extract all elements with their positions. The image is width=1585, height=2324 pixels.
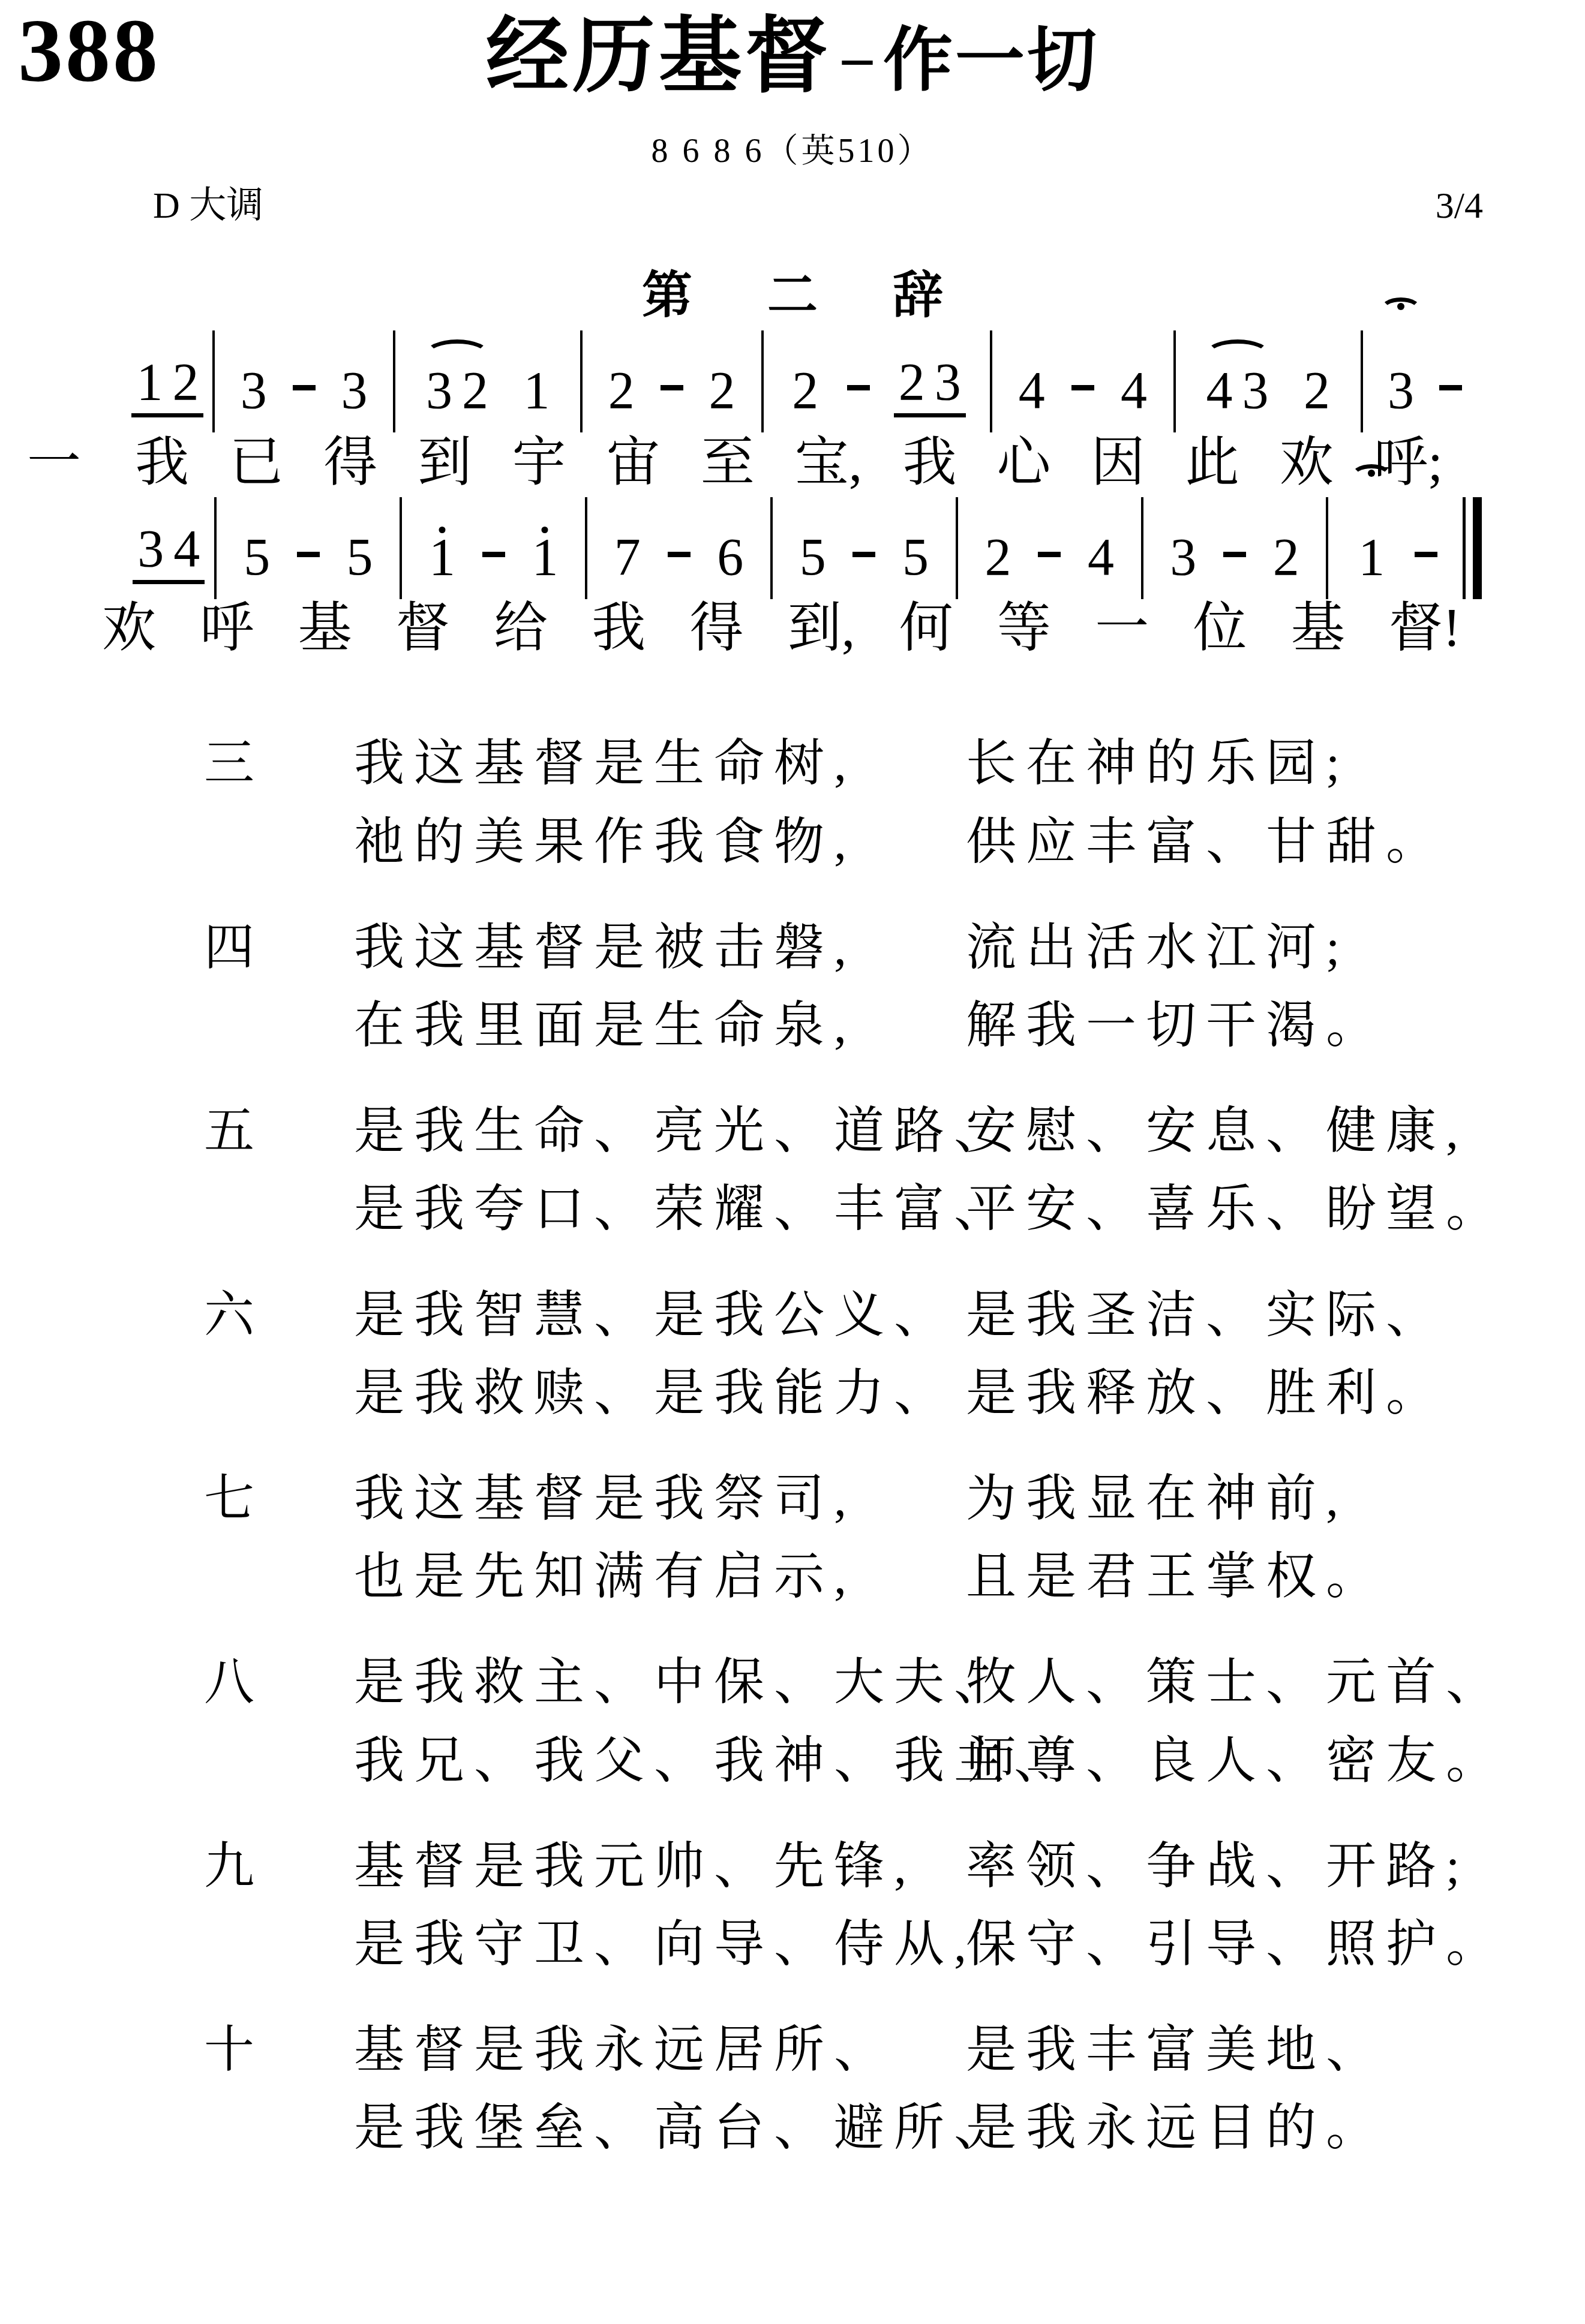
verse-number: 九	[204, 1828, 354, 1906]
verse-line: 我这基督是生命树,	[354, 725, 966, 803]
lyric-syllable: 欢	[102, 597, 156, 660]
lyric-syllable: 因	[1091, 432, 1145, 494]
note-dash	[661, 385, 683, 390]
verse-line: 是我圣洁、实际、	[966, 1277, 1549, 1355]
lyric-line-1: 一我已得到宇宙至宝,我心因此欢呼;	[135, 432, 1443, 494]
jianpu-note: 2	[457, 365, 493, 417]
verse-line: 供应丰富、甘甜。	[966, 804, 1549, 882]
measure: 22	[583, 365, 761, 417]
lyric-line-2: 欢呼基督给我得到,何等一位基督!	[102, 597, 1461, 660]
measure: 55	[773, 531, 956, 584]
jianpu-note: 2	[704, 365, 740, 417]
note-dash	[482, 552, 505, 557]
hymn-number: 388	[18, 6, 160, 96]
lyric-syllable: 得	[690, 597, 744, 660]
verse-line: 保守、引导、照护。	[966, 1906, 1549, 1984]
jianpu-note: 3	[236, 365, 272, 417]
jianpu-note: 2	[980, 531, 1016, 584]
verse-line: 牧人、策士、元首、	[966, 1644, 1549, 1722]
verse-number: 三	[204, 725, 354, 803]
lyric-syllable: 基	[1291, 597, 1345, 660]
title-row: 经历基督–作一切	[0, 0, 1585, 100]
lyric-syllable: 给	[494, 597, 548, 660]
jianpu-note: 3	[133, 523, 169, 576]
verse-line: 是我夸口、荣耀、丰富、	[354, 1171, 966, 1249]
verse-number: 七	[204, 1460, 354, 1538]
lyric-syllable: 一	[1095, 597, 1149, 660]
lyric-syllable: 等	[997, 597, 1051, 660]
verse-block: 七我这基督是我祭司,为我显在神前,也是先知满有启示,且是君王掌权。	[204, 1460, 1549, 1616]
measure: 32	[1143, 531, 1326, 584]
jianpu-note: 1	[1353, 531, 1389, 584]
time-signature: 3/4	[1436, 182, 1483, 230]
verse-line: 是我救赎、是我能力、	[354, 1355, 966, 1433]
measure: 24	[958, 531, 1141, 584]
title-dash: –	[842, 23, 872, 90]
lyric-syllable: 督	[396, 597, 450, 660]
hymn-subtitle: 作一切	[883, 23, 1099, 100]
jianpu-note: 2	[167, 356, 203, 409]
jianpu-note: 5	[239, 531, 275, 584]
verse-line: 为我显在神前,	[966, 1460, 1549, 1538]
verse-line: 安慰、安息、健康,	[966, 1093, 1549, 1171]
jianpu-note: 2	[1268, 531, 1304, 584]
jianpu-note: 3	[1383, 365, 1419, 417]
measure: 44	[992, 365, 1174, 417]
jianpu-note: 7	[610, 531, 646, 584]
measure: 223	[764, 356, 990, 417]
lyric-syllable: 得	[323, 432, 377, 494]
jianpu-note: 2	[604, 365, 640, 417]
verse-line: 祂的美果作我食物,	[354, 804, 966, 882]
note-dash	[1439, 385, 1462, 390]
verse-line: 基督是我永远居所、	[354, 2012, 966, 2090]
verse-line: 我这基督是被击磐,	[354, 909, 966, 987]
jianpu-note: 4	[1083, 531, 1119, 584]
jianpu-note: 4	[1202, 365, 1238, 417]
hymn-title: 经历基督	[486, 10, 831, 102]
note-dash	[1071, 385, 1094, 390]
lyric-syllable: 我	[135, 432, 189, 494]
verse-block: 三我这基督是生命树,长在神的乐园;祂的美果作我食物,供应丰富、甘甜。	[204, 725, 1549, 881]
verse-line: 是我丰富美地、	[966, 2012, 1549, 2090]
fermata-icon	[1350, 464, 1392, 489]
final-barline	[1463, 497, 1482, 599]
lyric-syllable: 到	[418, 432, 472, 494]
meter-line: 8 6 8 6（英510）	[0, 124, 1585, 172]
note-dash	[852, 552, 875, 557]
measure: 321	[395, 365, 580, 417]
verse-block: 九基督是我元帅、先锋,率领、争战、开路;是我守卫、向导、侍从,保守、引导、照护。	[204, 1828, 1549, 1984]
jianpu-note: 3	[336, 365, 372, 417]
verse-line: 长在神的乐园;	[966, 725, 1549, 803]
verse-line: 解我一切干渴。	[966, 987, 1549, 1065]
verse-line: 也是先知满有启示,	[354, 1538, 966, 1616]
verse-block: 六是我智慧、是我公义、是我圣洁、实际、是我救赎、是我能力、是我释放、胜利。	[204, 1277, 1549, 1433]
lyric-syllable: 心	[996, 432, 1050, 494]
jianpu-note: 4	[1014, 365, 1050, 417]
verse-number: 十	[204, 2012, 354, 2090]
note-dash	[847, 385, 870, 390]
verse-line: 是我生命、亮光、道路、	[354, 1093, 966, 1171]
beam-group: 23	[894, 356, 966, 417]
beam-group: 12	[131, 356, 203, 417]
jianpu-note: 1	[518, 365, 554, 417]
fermata-icon	[1380, 297, 1422, 323]
lyric-syllable: 欢	[1280, 432, 1334, 494]
note-dash	[1415, 552, 1437, 557]
verse-block: 十基督是我永远居所、是我丰富美地、是我堡垒、高台、避所、是我永远目的。	[204, 2012, 1549, 2167]
jianpu-note: 3	[1238, 365, 1274, 417]
verse-line: 是我释放、胜利。	[966, 1355, 1549, 1433]
key-time-row: D 大调 3/4	[0, 182, 1585, 230]
jianpu-note: 1	[424, 531, 460, 584]
jianpu-note: 3	[421, 365, 457, 417]
verse-block: 四我这基督是被击磐,流出活水江河;在我里面是生命泉,解我一切干渴。	[204, 909, 1549, 1065]
measure: 12	[123, 356, 212, 417]
verse-number: 五	[204, 1093, 354, 1171]
lyric-syllable: 基	[298, 597, 352, 660]
note-dash	[668, 552, 691, 557]
beam-group: 34	[133, 523, 205, 584]
verse-block: 五是我生命、亮光、道路、安慰、安息、健康,是我夸口、荣耀、丰富、平安、喜乐、盼望…	[204, 1093, 1549, 1249]
note-dash	[293, 385, 316, 390]
verse-line: 基督是我元帅、先锋,	[354, 1828, 966, 1906]
stanza-heading: 第 二 辞	[0, 264, 1585, 327]
verse-line: 是我救主、中保、大夫、	[354, 1644, 966, 1722]
verse-block: 八是我救主、中保、大夫、牧人、策士、元首、我兄、我父、我神、我主、师尊、良人、密…	[204, 1644, 1549, 1800]
note-dash	[1038, 552, 1061, 557]
measure: 432	[1176, 365, 1361, 417]
lyric-syllable: 督!	[1389, 597, 1461, 660]
jianpu-note: 1	[527, 531, 563, 584]
jianpu-note: 5	[795, 531, 831, 584]
jianpu-note: 5	[342, 531, 378, 584]
key-signature: D 大调	[153, 182, 263, 230]
lyric-syllable: 宇	[512, 432, 566, 494]
verse-line: 流出活水江河;	[966, 909, 1549, 987]
lyric-syllable: 此	[1185, 432, 1239, 494]
jianpu-note: 5	[897, 531, 933, 584]
hymn-page: 388 经历基督–作一切 8 6 8 6（英510） D 大调 3/4 第 二 …	[0, 0, 1585, 2324]
lyric-syllable: 我	[592, 597, 646, 660]
verse-line: 我这基督是我祭司,	[354, 1460, 966, 1538]
measure: 33	[215, 365, 394, 417]
lyric-syllable: 宝,	[795, 432, 863, 494]
measure: 1	[1328, 531, 1463, 584]
verse-one-marker: 一	[27, 432, 81, 494]
lyric-syllable: 何	[899, 597, 953, 660]
verse-number: 四	[204, 909, 354, 987]
jianpu-note: 2	[894, 356, 930, 409]
final-bar-thin	[1463, 497, 1466, 599]
jianpu-note: 4	[1116, 365, 1152, 417]
lyric-syllable: 我	[902, 432, 956, 494]
verse-line: 是我智慧、是我公义、	[354, 1277, 966, 1355]
jianpu-note: 1	[131, 356, 167, 409]
lyric-syllable: 已	[229, 432, 283, 494]
verse-number: 八	[204, 1644, 354, 1722]
lyric-syllable: 位	[1193, 597, 1247, 660]
verse-line: 我兄、我父、我神、我主、	[354, 1722, 966, 1800]
verse-line: 是我堡垒、高台、避所、	[354, 2090, 966, 2167]
lyric-syllable: 到,	[788, 597, 855, 660]
jianpu-note: 6	[712, 531, 748, 584]
jianpu-note: 3	[930, 356, 966, 409]
verse-line: 师尊、良人、密友。	[966, 1722, 1549, 1800]
jianpu-note: 3	[1165, 531, 1201, 584]
verse-line: 平安、喜乐、盼望。	[966, 1171, 1549, 1249]
lyric-syllable: 呼	[200, 597, 254, 660]
note-dash	[297, 552, 320, 557]
measure: 76	[587, 531, 770, 584]
measure: 55	[217, 531, 400, 584]
verse-line: 在我里面是生命泉,	[354, 987, 966, 1065]
verse-number: 六	[204, 1277, 354, 1355]
verses: 三我这基督是生命树,长在神的乐园;祂的美果作我食物,供应丰富、甘甜。四我这基督是…	[0, 725, 1585, 2167]
lyric-syllable: 宙	[607, 432, 661, 494]
verse-line: 是我守卫、向导、侍从,	[354, 1906, 966, 1984]
jianpu-note: 2	[1299, 365, 1335, 417]
music-line-2: 345511765524321	[123, 494, 1482, 584]
slur-group: 43	[1202, 365, 1274, 417]
lyric-syllable: 至	[701, 432, 755, 494]
note-dash	[1223, 552, 1246, 557]
final-bar-thick	[1473, 497, 1482, 599]
jianpu-note: 2	[787, 365, 823, 417]
verse-line: 是我永远目的。	[966, 2090, 1549, 2167]
music-line-1: 123332122223444323	[123, 327, 1482, 417]
verse-line: 率领、争战、开路;	[966, 1828, 1549, 1906]
measure: 34	[123, 523, 214, 584]
measure: 11	[402, 531, 585, 584]
jianpu-note: 4	[169, 523, 205, 576]
measure: 3	[1363, 365, 1482, 417]
verse-line: 且是君王掌权。	[966, 1538, 1549, 1616]
slur-group: 32	[421, 365, 493, 417]
